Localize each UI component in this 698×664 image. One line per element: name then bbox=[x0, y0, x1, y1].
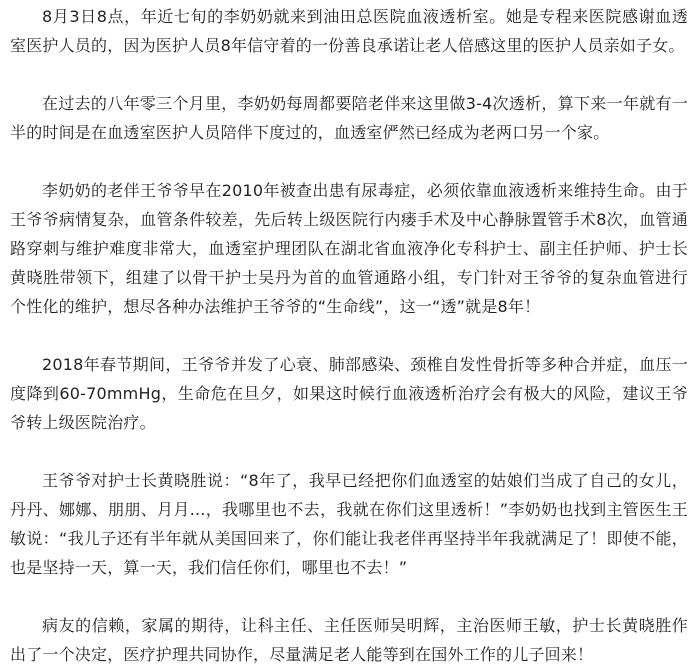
paragraph-3: 李奶奶的老伴王爷爷早在2010年被查出患有尿毒症，必须依靠血液透析来维持生命。由… bbox=[10, 176, 688, 321]
paragraph-6: 病友的信赖，家属的期待，让科主任、主任医师吴明辉，主治医师王敏，护士长黄晓胜作出… bbox=[10, 611, 688, 664]
article-body: 8月3日8点，年近七旬的李奶奶就来到油田总医院血液透析室。她是专程来医院感谢血透… bbox=[0, 0, 698, 664]
paragraph-4: 2018年春节期间，王爷爷并发了心衰、肺部感染、颈椎自发性骨折等多种合并症，血压… bbox=[10, 350, 688, 437]
paragraph-5: 王爷爷对护士长黄晓胜说：“8年了，我早已经把你们血透室的姑娘们当成了自己的女儿，… bbox=[10, 466, 688, 582]
paragraph-2: 在过去的八年零三个月里，李奶奶每周都要陪老伴来这里做3-4次透析，算下来一年就有… bbox=[10, 89, 688, 147]
paragraph-1: 8月3日8点，年近七旬的李奶奶就来到油田总医院血液透析室。她是专程来医院感谢血透… bbox=[10, 2, 688, 60]
